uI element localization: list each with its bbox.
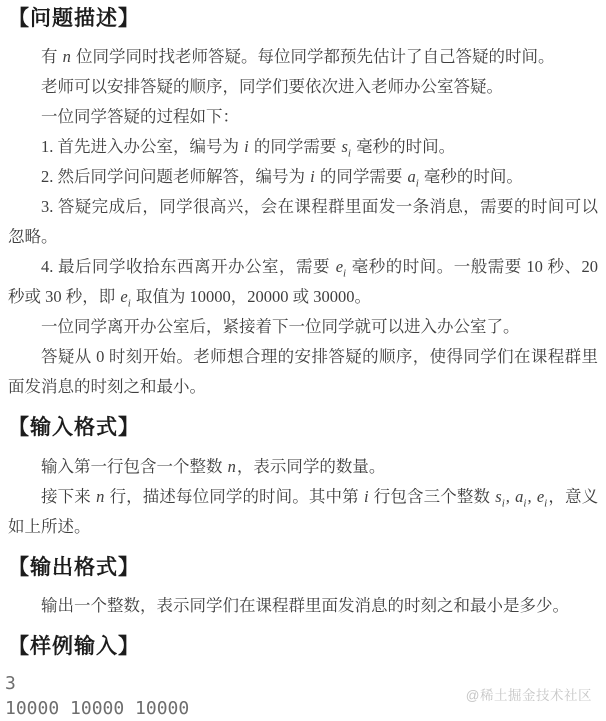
math-var: ei — [536, 487, 548, 506]
math-var: n — [227, 457, 237, 476]
paragraph: 输入第一行包含一个整数 n，表示同学的数量。 — [8, 452, 598, 482]
watermark: @稀土掘金技术社区 — [466, 684, 592, 704]
math-var-subscript: i — [128, 298, 131, 310]
math-var: n — [95, 487, 105, 506]
section-output-format: 【输出格式】输出一个整数，表示同学们在课程群里面发消息的时刻之和最小是多少。 — [8, 555, 598, 621]
section-title-sample-input: 【样例输入】 — [8, 634, 598, 660]
math-var: ai — [514, 487, 527, 506]
section-title-output-format: 【输出格式】 — [8, 555, 598, 581]
math-var-subscript: i — [343, 268, 346, 280]
document-body: 【问题描述】有 n 位同学同时找老师答疑。每位同学都预先估计了自己答疑的时间。老… — [8, 6, 598, 721]
paragraph: 输出一个整数，表示同学们在课程群里面发消息的时刻之和最小是多少。 — [8, 591, 598, 621]
section-problem-description: 【问题描述】有 n 位同学同时找老师答疑。每位同学都预先估计了自己答疑的时间。老… — [8, 6, 598, 402]
math-var: i — [309, 167, 316, 186]
paragraph: 1. 首先进入办公室，编号为 i 的同学需要 si 毫秒的时间。 — [8, 132, 598, 162]
document-page: 【问题描述】有 n 位同学同时找老师答疑。每位同学都预先估计了自己答疑的时间。老… — [0, 0, 606, 721]
section-title-problem-description: 【问题描述】 — [8, 6, 598, 32]
math-var: ei — [119, 287, 131, 306]
paragraph: 答疑从 0 时刻开始。老师想合理的安排答疑的顺序，使得同学们在课程群里面发消息的… — [8, 342, 598, 402]
math-var: i — [243, 137, 250, 156]
section-input-format: 【输入格式】输入第一行包含一个整数 n，表示同学的数量。接下来 n 行，描述每位… — [8, 415, 598, 541]
paragraph: 接下来 n 行，描述每位同学的时间。其中第 i 行包含三个整数 si, ai, … — [8, 482, 598, 542]
paragraph: 有 n 位同学同时找老师答疑。每位同学都预先估计了自己答疑的时间。 — [8, 42, 598, 72]
paragraph: 一位同学答疑的过程如下： — [8, 102, 598, 132]
section-title-input-format: 【输入格式】 — [8, 415, 598, 441]
math-var: ai — [406, 167, 419, 186]
math-var: si — [494, 487, 505, 506]
paragraph: 2. 然后同学问问题老师解答，编号为 i 的同学需要 ai 毫秒的时间。 — [8, 162, 598, 192]
math-var: ei — [335, 257, 347, 276]
math-var: si — [340, 137, 351, 156]
math-var: i — [363, 487, 370, 506]
math-var-subscript: i — [416, 178, 419, 190]
math-var-subscript: i — [544, 497, 547, 509]
paragraph: 一位同学离开办公室后，紧接着下一位同学就可以进入办公室了。 — [8, 312, 598, 342]
paragraph: 老师可以安排答疑的顺序，同学们要依次进入老师办公室答疑。 — [8, 72, 598, 102]
paragraph: 3. 答疑完成后，同学很高兴，会在课程群里面发一条消息，需要的时间可以忽略。 — [8, 192, 598, 252]
math-var-subscript: i — [523, 497, 526, 509]
math-var-subscript: i — [348, 148, 351, 160]
math-var: n — [62, 47, 72, 66]
paragraph: 4. 最后同学收拾东西离开办公室，需要 ei 毫秒的时间。一般需要 10 秒、2… — [8, 252, 598, 312]
section-sample-input: 【样例输入】3 10000 10000 10000 — [8, 634, 598, 721]
math-var-subscript: i — [502, 497, 505, 509]
